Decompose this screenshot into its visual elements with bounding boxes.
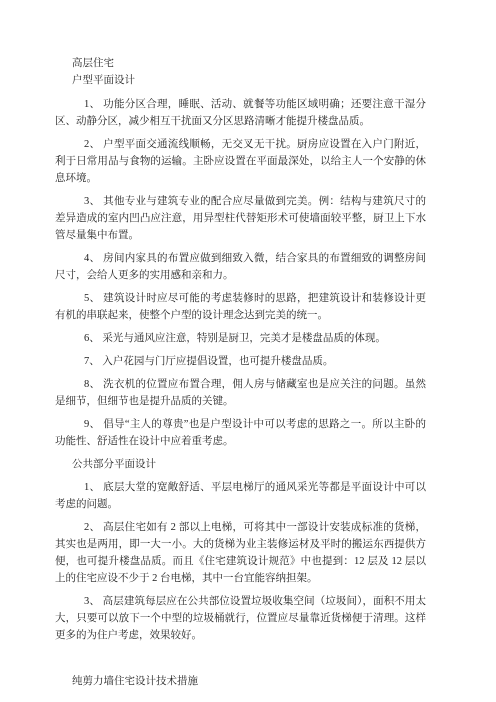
- unit-plan-item-4: 4、 房间内家具的布置应做到细致入微，结合家具的布置细致的调整房间尺寸，会给人更…: [55, 250, 426, 284]
- doc-title: 高层住宅: [55, 55, 426, 72]
- doc-subtitle: 户型平面设计: [55, 72, 426, 89]
- unit-plan-item-2: 2、 户型平面交通流线顺畅，无交叉无干扰。厨房应设置在入户门附近，利于日常用品与…: [55, 136, 426, 187]
- title-block: 高层住宅 户型平面设计: [55, 55, 426, 89]
- public-item-3: 3、 高层建筑每层应在公共部位设置垃圾收集空间（垃圾间），面积不用太大，只要可以…: [55, 593, 426, 644]
- public-item-2: 2、 高层住宅如有 2 部以上电梯，可将其中一部设计安装成标准的货梯，其实也是两…: [55, 519, 426, 587]
- unit-plan-item-5: 5、 建筑设计时应尽可能的考虑装修时的思路，把建筑设计和装修设计更有机的串联起来…: [55, 290, 426, 324]
- document-page: 高层住宅 户型平面设计 1、 功能分区合理，睡眠、活动、就餐等功能区域明确；还要…: [0, 0, 496, 702]
- unit-plan-item-7: 7、 入户花园与门厅应提倡设置，也可提升楼盘品质。: [55, 353, 426, 370]
- unit-plan-item-1: 1、 功能分区合理，睡眠、活动、就餐等功能区域明确；还要注意干湿分区、动静分区，…: [55, 96, 426, 130]
- unit-plan-item-9: 9、 倡导“主人的尊贵”也是户型设计中可以考虑的思路之一。所以主卧的功能性、舒适…: [55, 416, 426, 450]
- section-heading-shear-wall: 纯剪力墙住宅设计技术措施: [55, 673, 426, 690]
- unit-plan-item-3: 3、 其他专业与建筑专业的配合应尽量做到完美。例：结构与建筑尺寸的差异造成的室内…: [55, 193, 426, 244]
- unit-plan-item-6: 6、 采光与通风应注意，特别是厨卫，完美才是楼盘品质的体现。: [55, 330, 426, 347]
- public-item-1: 1、 底层大堂的宽敞舒适、平层电梯厅的通风采光等都是平面设计中可以考虑的问题。: [55, 479, 426, 513]
- section-heading-public-areas: 公共部分平面设计: [55, 456, 426, 473]
- unit-plan-item-8: 8、 洗衣机的位置应布置合理，佣人房与储藏室也是应关注的问题。虽然是细节，但细节…: [55, 376, 426, 410]
- blank-line-spacer: [55, 650, 426, 673]
- document-content: 高层住宅 户型平面设计 1、 功能分区合理，睡眠、活动、就餐等功能区域明确；还要…: [55, 55, 426, 696]
